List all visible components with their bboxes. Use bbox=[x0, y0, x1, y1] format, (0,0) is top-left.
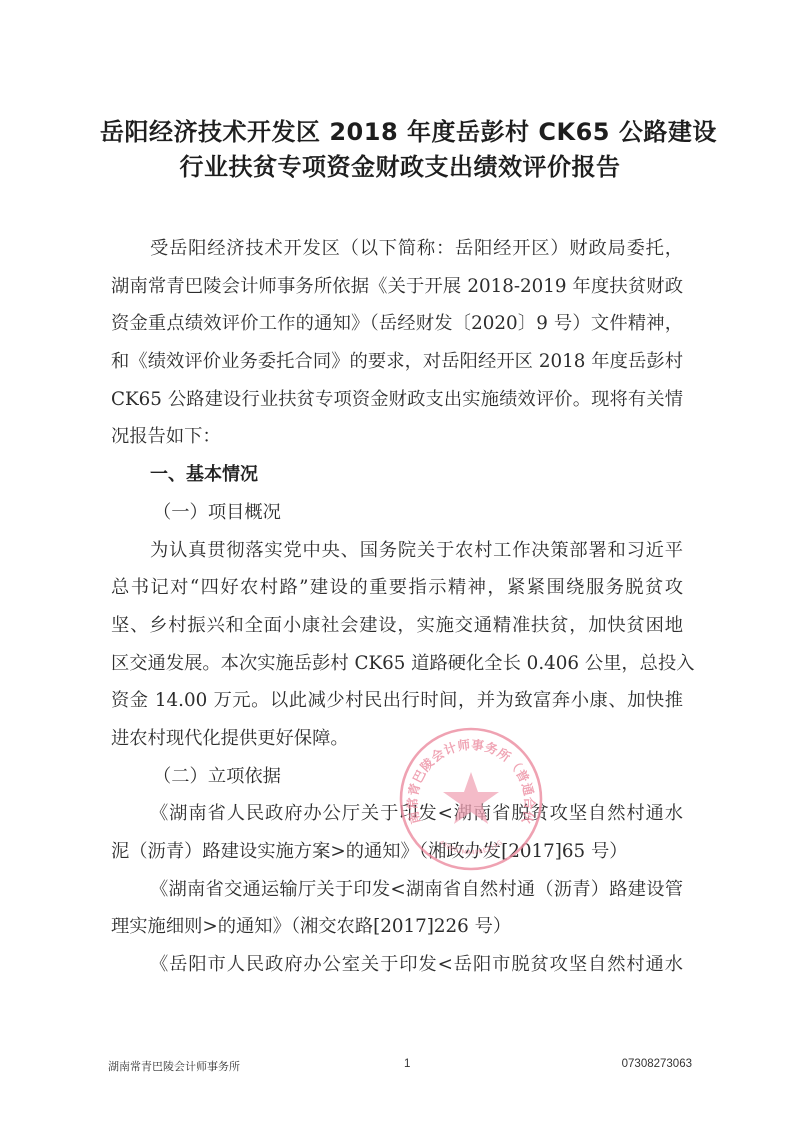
subsection-heading-basis: （二）立项依据 bbox=[111, 758, 683, 796]
overview-line: 资金 14.00 万元。以此减少村民出行时间，并为致富奔小康、加快推 bbox=[111, 682, 683, 720]
document-page: 岳阳经济技术开发区 2018 年度岳彭村 CK65 公路建设 行业扶贫专项资金财… bbox=[0, 0, 793, 1121]
intro-line: 资金重点绩效评价工作的通知》（岳经财发〔2020〕9 号）文件精神， bbox=[111, 305, 683, 343]
page-footer: 湖南常青巴陵会计师事务所 1 07308273063 bbox=[108, 1058, 692, 1078]
intro-line: 湖南常青巴陵会计师事务所依据《关于开展 2018-2019 年度扶贫财政 bbox=[111, 268, 683, 306]
intro-line: 况报告如下： bbox=[111, 418, 683, 456]
intro-line: 受岳阳经济技术开发区（以下简称：岳阳经开区）财政局委托， bbox=[111, 230, 683, 268]
section-heading-basic-info: 一、基本情况 bbox=[111, 456, 683, 494]
footer-phone: 07308273063 bbox=[622, 1058, 692, 1070]
basis-line: 理实施细则>的通知》（湘交农路[2017]226 号） bbox=[111, 908, 683, 946]
report-title-line-2: 行业扶贫专项资金财政支出绩效评价报告 bbox=[100, 147, 700, 182]
footer-firm-name: 湖南常青巴陵会计师事务所 bbox=[108, 1058, 240, 1074]
intro-line: 和《绩效评价业务委托合同》的要求，对岳阳经开区 2018 年度岳彭村 bbox=[111, 343, 683, 381]
basis-line: 《湖南省人民政府办公厅关于印发<湖南省脱贫攻坚自然村通水 bbox=[111, 795, 683, 833]
basis-line: 《湖南省交通运输厅关于印发<湖南省自然村通（沥青）路建设管 bbox=[111, 871, 683, 909]
basis-line: 《岳阳市人民政府办公室关于印发<岳阳市脱贫攻坚自然村通水 bbox=[111, 946, 683, 984]
report-body: 受岳阳经济技术开发区（以下简称：岳阳经开区）财政局委托， 湖南常青巴陵会计师事务… bbox=[111, 230, 683, 984]
overview-line: 为认真贯彻落实党中央、国务院关于农村工作决策部署和习近平 bbox=[111, 532, 683, 570]
subsection-heading-overview: （一）项目概况 bbox=[111, 494, 683, 532]
report-title-line-1: 岳阳经济技术开发区 2018 年度岳彭村 CK65 公路建设 bbox=[100, 112, 700, 147]
overview-line: 总书记对“四好农村路”建设的重要指示精神，紧紧围绕服务脱贫攻 bbox=[111, 569, 683, 607]
intro-line: CK65 公路建设行业扶贫专项资金财政支出实施绩效评价。现将有关情 bbox=[111, 381, 683, 419]
basis-line: 泥（沥青）路建设实施方案>的通知》（湘政办发[2017]65 号） bbox=[111, 833, 683, 871]
footer-page-number: 1 bbox=[404, 1058, 410, 1070]
overview-line: 坚、乡村振兴和全面小康社会建设，实施交通精准扶贫，加快贫困地 bbox=[111, 607, 683, 645]
overview-line: 区交通发展。本次实施岳彭村 CK65 道路硬化全长 0.406 公里，总投入 bbox=[111, 645, 683, 683]
overview-line: 进农村现代化提供更好保障。 bbox=[111, 720, 683, 758]
